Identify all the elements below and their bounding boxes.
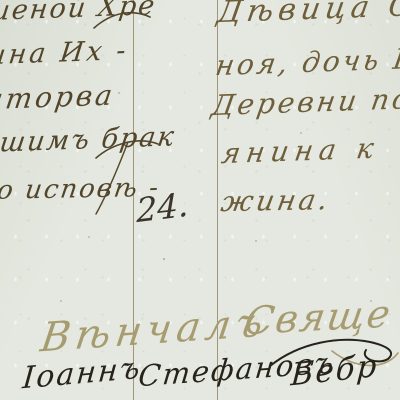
document-scan: шеной Хре ина Их - аторва вшимъ брак го …	[0, 0, 400, 400]
handwriting-left-line-1: шеной Хре	[0, 0, 158, 25]
age-number: 24.	[136, 188, 189, 228]
handwriting-right-line-5: жина.	[219, 186, 333, 216]
handwriting-left-line-3: аторва	[0, 81, 117, 114]
signature-surname: Бебр	[290, 351, 380, 392]
handwriting-right-line-1: Дѣвица С	[215, 0, 400, 28]
signature-first-name: Іоаннъ	[21, 354, 143, 395]
handwriting-left-line-4: вшимъ брак	[0, 123, 178, 157]
footer-wed-by-word: Вѣнчалъ	[38, 302, 270, 358]
handwriting-left-line-2: ина Их -	[0, 37, 130, 69]
handwriting-right-line-2: ноя, дочь П	[214, 45, 400, 80]
footer-priest-title-word: Свяще	[242, 294, 395, 340]
handwriting-right-line-4: янина к	[220, 134, 382, 168]
handwriting-right-line-3: Деревни по	[210, 85, 400, 120]
